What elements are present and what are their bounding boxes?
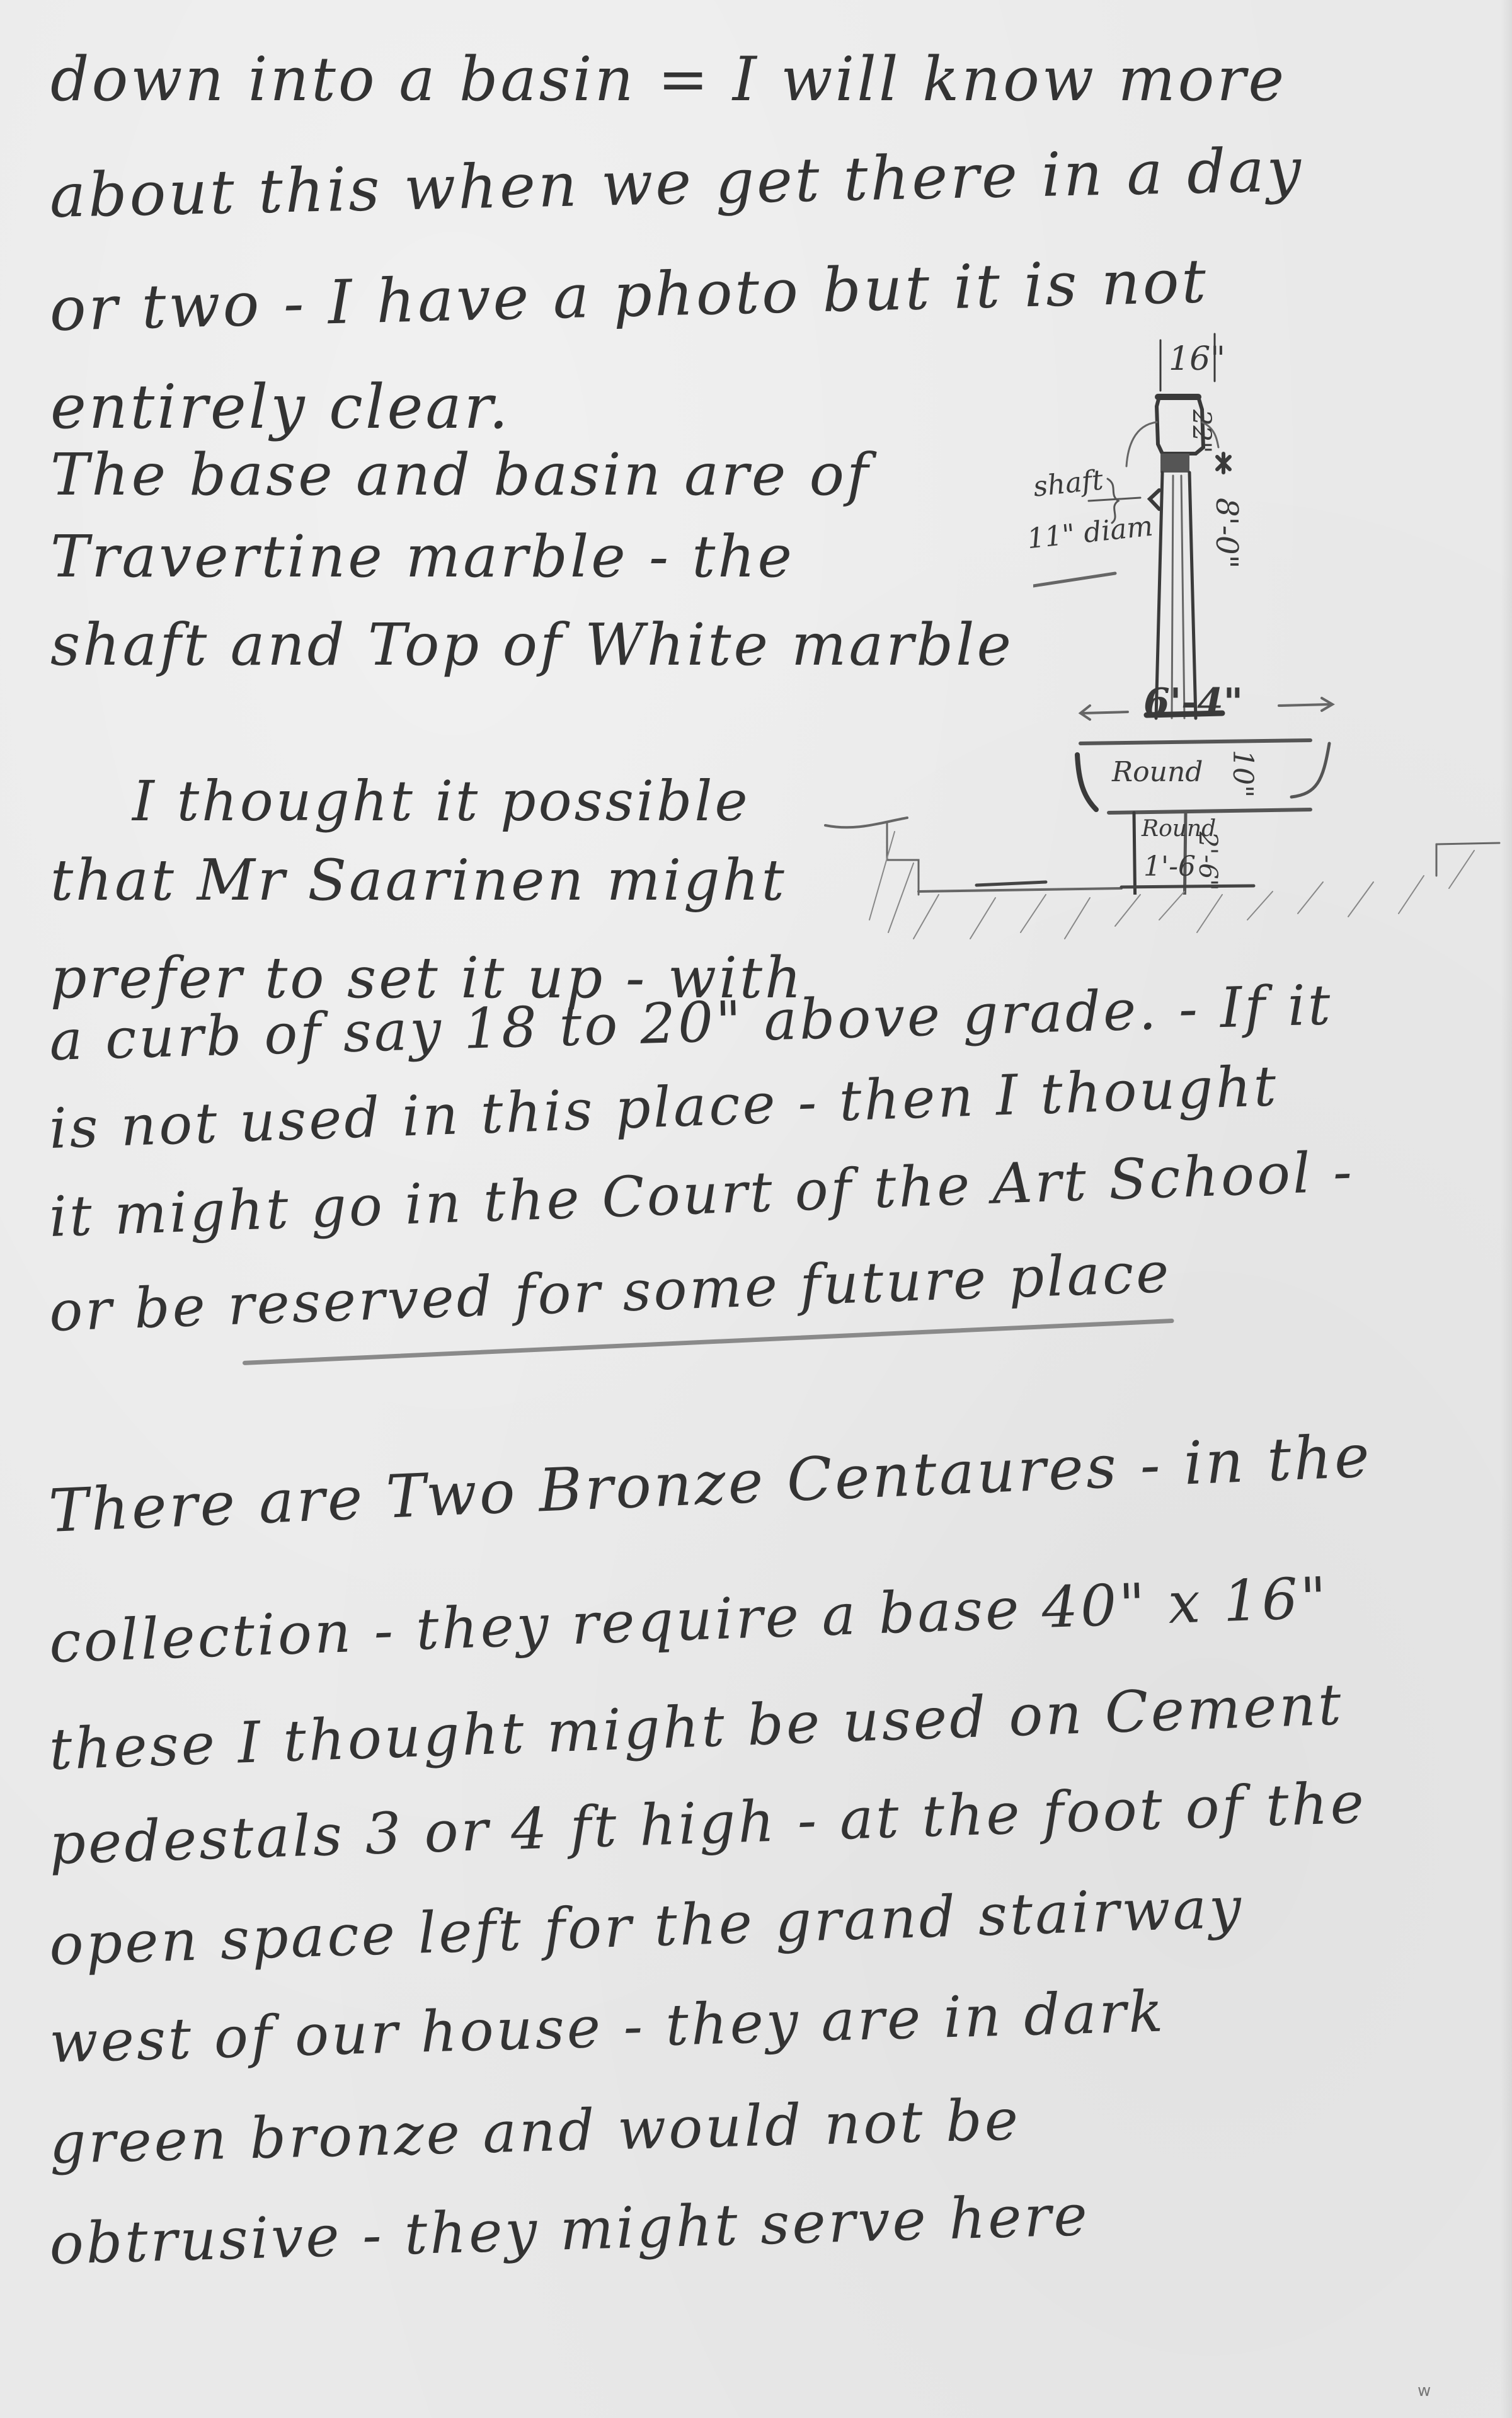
text-line: pedestals 3 or 4 ft high - at the foot o… — [49, 1770, 1368, 1877]
text-line: about this when we get there in a day — [49, 134, 1304, 231]
text-line: collection - they require a base 40" x 1… — [48, 1565, 1330, 1676]
text-line: west of our house - they are in dark — [49, 1979, 1166, 2076]
text-line: these I thought might be used on Cement — [48, 1671, 1344, 1783]
text-line: Travertine marble - the — [50, 523, 794, 590]
text-line: I thought it possible — [132, 769, 750, 834]
dim-shaft-height: 8'-0" — [1209, 498, 1244, 569]
text-line: is not used in this place - then I thoug… — [48, 1053, 1280, 1161]
text-line: The base and basin are of — [50, 441, 871, 508]
text-line: shaft and Top of White marble — [50, 611, 1014, 679]
text-line: entirely clear. — [50, 372, 510, 442]
text-line: it might go in the Court of the Art Scho… — [48, 1139, 1355, 1249]
dim-basin-width: 6'-4" — [1143, 680, 1243, 725]
text-line: obtrusive - they might serve here — [49, 2182, 1091, 2278]
text-line: that Mr Saarinen might — [50, 847, 787, 914]
grade-line-sketch — [819, 788, 1512, 951]
page-mark: w — [1417, 2381, 1431, 2400]
text-line: green bronze and would not be — [49, 2087, 1021, 2177]
basin-label: Round — [1112, 756, 1203, 788]
text-line: down into a basin = I will know more — [50, 44, 1286, 115]
text-line: There are Two Bronze Centaures - in the — [47, 1422, 1373, 1546]
letter-page: down into a basin = I will know more abo… — [0, 0, 1512, 2418]
dim-top-width: 16" — [1169, 340, 1225, 378]
text-line: open space left for the grand stairway — [49, 1874, 1245, 1978]
dim-capital-height: 22" — [1187, 410, 1216, 453]
